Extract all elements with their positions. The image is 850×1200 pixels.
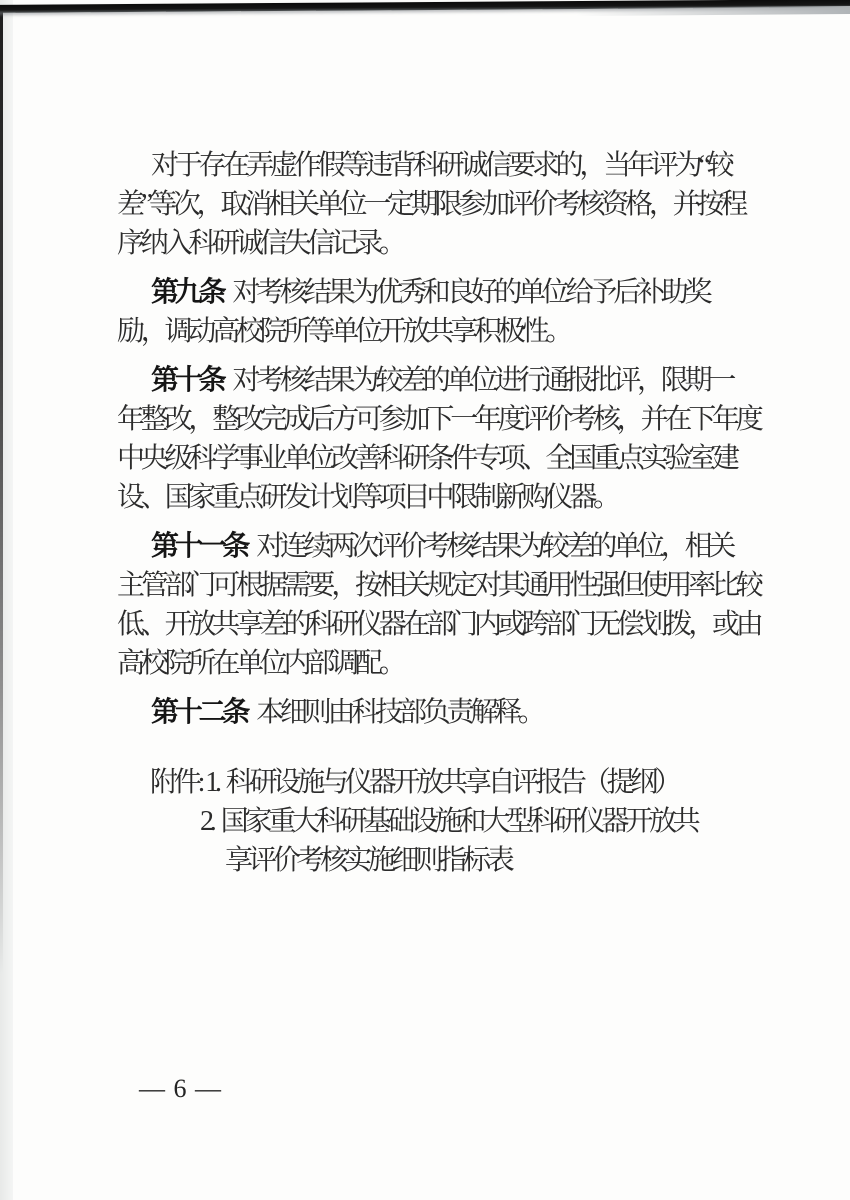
article-10-line-4: 设、国家重点研发计划等项目中限制新购仪器。 xyxy=(117,478,765,517)
body-text: 主管部门可根据需要，按相关规定对其通用性强但使用率比较 xyxy=(117,570,760,601)
article-12-line-1: 第十二条本细则由科技部负责解释。 xyxy=(117,692,765,732)
article-11-line-4: 高校院所在单位内部调配。 xyxy=(117,644,765,683)
scan-top-right-shadow-artifact xyxy=(576,6,850,16)
body-text: 对于存在弄虚作假等违背科研诚信要求的，当年评为“较 xyxy=(151,150,730,181)
body-text: 序纳入科研诚信失信记录。 xyxy=(117,228,403,259)
attachment-list-line-2: 2.国家重大科研基础设施和大型科研仪器开放共 xyxy=(200,802,765,841)
body-text: 中央级科学事业单位改善科研条件专项、全国重点实验室建 xyxy=(117,443,736,474)
attachment-list-line-3: 享评价考核实施细则指标表 xyxy=(225,841,765,880)
body-text: 对连续两次评价考核结果为较差的单位，相关 xyxy=(256,531,732,562)
article-10-heading: 第十条 xyxy=(151,364,222,395)
body-text: 差”等次，取消相关单位一定期限参加评价考核资格，并按程 xyxy=(117,189,744,220)
article-12-heading: 第十二条 xyxy=(151,696,246,727)
body-text: 低、开放共享差的科研仪器在部门内或跨部门无偿划拨，或由 xyxy=(117,609,760,640)
attachment-item-2-text: 国家重大科研基础设施和大型科研仪器开放共 xyxy=(221,806,697,837)
attachment-item-1-text: 科研设施与仪器开放共享自评报告（提纲） xyxy=(226,767,678,798)
attachment-item-2-text-continued: 享评价考核实施细则指标表 xyxy=(225,845,511,876)
body-text: 励，调动高校院所等单位开放共享积极性。 xyxy=(117,316,569,347)
article-9-line-2: 励，调动高校院所等单位开放共享积极性。 xyxy=(117,312,765,351)
attachment-item-2-number: 2. xyxy=(200,806,213,837)
article-10-line-1: 第十条对考核结果为较差的单位进行通报批评，限期一 xyxy=(117,360,765,400)
body-text: 对考核结果为优秀和良好的单位给予后补助奖 xyxy=(232,277,708,308)
article-11-line-2: 主管部门可根据需要，按相关规定对其通用性强但使用率比较 xyxy=(117,566,765,605)
document-text-block: 对于存在弄虚作假等违背科研诚信要求的，当年评为“较 差”等次，取消相关单位一定期… xyxy=(117,146,765,880)
attachment-list-line-1: 附件:1.科研设施与仪器开放共享自评报告（提纲） xyxy=(150,763,765,802)
article-11-line-1: 第十一条对连续两次评价考核结果为较差的单位，相关 xyxy=(117,526,765,566)
article-9-heading: 第九条 xyxy=(151,276,222,307)
attachment-item-1-number: 1. xyxy=(205,767,218,798)
body-text: 设、国家重点研发计划等项目中限制新购仪器。 xyxy=(117,482,617,513)
body-text: 对考核结果为较差的单位进行通报批评，限期一 xyxy=(232,365,732,396)
paragraph-integrity-line-2: 差”等次，取消相关单位一定期限参加评价考核资格，并按程 xyxy=(117,185,765,224)
article-10-line-2: 年整改，整改完成后方可参加下一年度评价考核，并在下年度 xyxy=(117,400,765,439)
attachment-label: 附件: xyxy=(150,767,201,798)
document-scan-page: 对于存在弄虚作假等违背科研诚信要求的，当年评为“较 差”等次，取消相关单位一定期… xyxy=(0,0,850,1200)
article-11-heading: 第十一条 xyxy=(151,530,246,561)
scan-left-hairline-artifact xyxy=(0,6,3,1106)
body-text: 年整改，整改完成后方可参加下一年度评价考核，并在下年度 xyxy=(117,404,760,435)
paragraph-integrity-line-1: 对于存在弄虚作假等违背科研诚信要求的，当年评为“较 xyxy=(117,146,765,185)
body-text: 本细则由科技部负责解释。 xyxy=(256,697,542,728)
body-text: 高校院所在单位内部调配。 xyxy=(117,648,403,679)
page-number: — 6 — xyxy=(139,1069,222,1108)
article-10-line-3: 中央级科学事业单位改善科研条件专项、全国重点实验室建 xyxy=(117,439,765,478)
paragraph-integrity-line-3: 序纳入科研诚信失信记录。 xyxy=(117,224,765,263)
article-11-line-3: 低、开放共享差的科研仪器在部门内或跨部门无偿划拨，或由 xyxy=(117,605,765,644)
article-9-line-1: 第九条对考核结果为优秀和良好的单位给予后补助奖 xyxy=(117,272,765,312)
